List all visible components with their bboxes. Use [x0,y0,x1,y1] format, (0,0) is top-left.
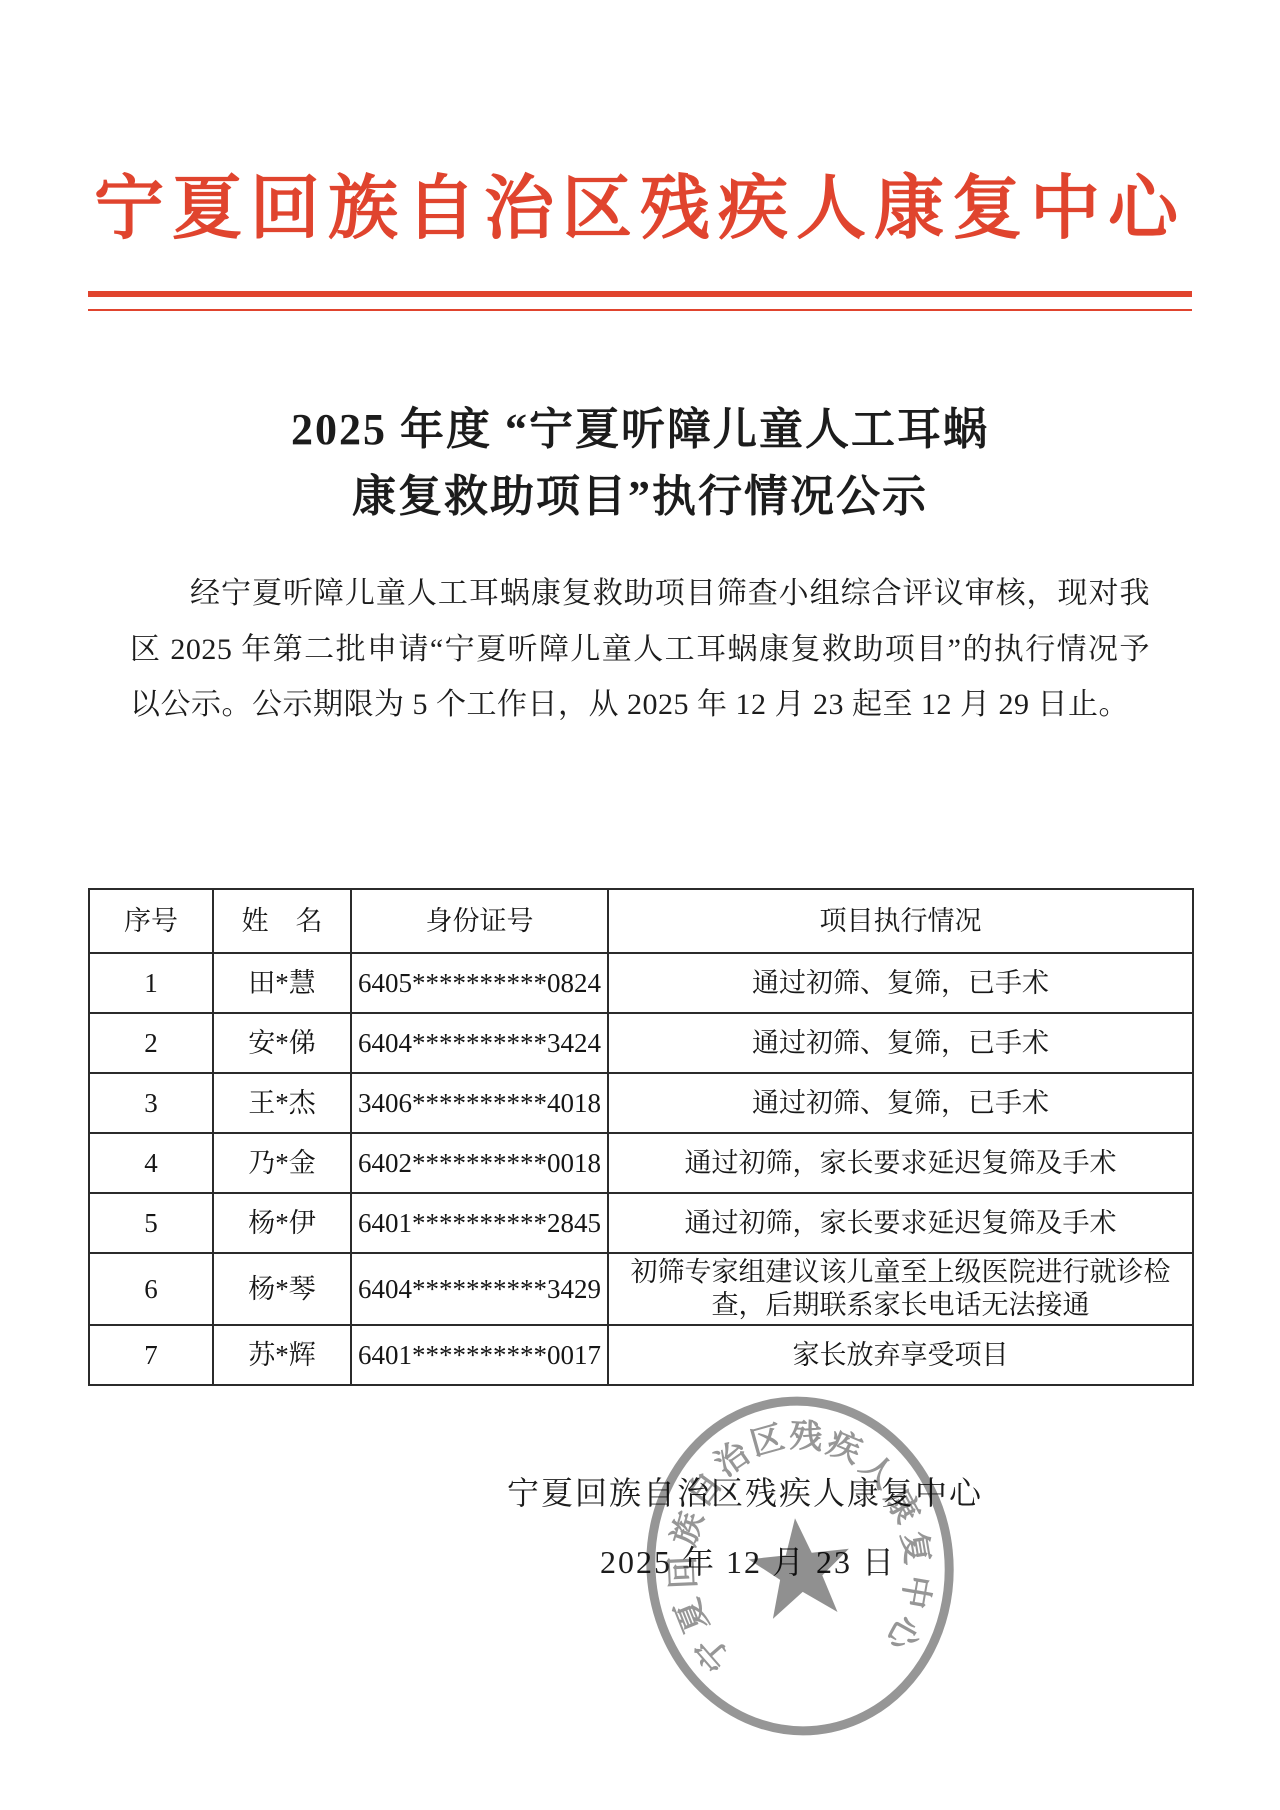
seal-ring-char: 回 [665,1555,703,1590]
cell-id: 6405**********0824 [351,953,608,1013]
seal-ring-char: 族 [666,1508,711,1550]
announcement-title-line1: 2025 年度 “宁夏听障儿童人工耳蜗 [0,396,1280,463]
announcement-title-line2: 康复救助项目”执行情况公示 [0,463,1280,530]
column-header-id: 身份证号 [351,889,608,953]
table-row: 4乃*金6402**********0018通过初筛，家长要求延迟复筛及手术 [89,1133,1193,1193]
cell-id: 6404**********3424 [351,1013,608,1073]
cell-status: 初筛专家组建议该儿童至上级医院进行就诊检查，后期联系家长电话无法接通 [608,1253,1193,1325]
letterhead-org-title: 宁夏回族自治区残疾人康复中心 [0,160,1280,260]
column-header-index: 序号 [89,889,213,953]
table-row: 2安*俤6404**********3424通过初筛、复筛，已手术 [89,1013,1193,1073]
announcement-title: 2025 年度 “宁夏听障儿童人工耳蜗 康复救助项目”执行情况公示 [0,396,1280,530]
table-row: 3王*杰3406**********4018通过初筛、复筛，已手术 [89,1073,1193,1133]
table-row: 5杨*伊6401**********2845通过初筛，家长要求延迟复筛及手术 [89,1193,1193,1253]
cell-id: 6401**********0017 [351,1325,608,1385]
seal-ring-char: 人 [853,1448,902,1497]
seal-ring-char: 疾 [822,1424,867,1471]
cell-status: 通过初筛，家长要求延迟复筛及手术 [608,1133,1193,1193]
seal-ring-char: 区 [747,1420,788,1464]
table-row: 1田*慧6405**********0824通过初筛、复筛，已手术 [89,953,1193,1013]
cell-status: 通过初筛、复筛，已手术 [608,953,1193,1013]
letterhead-rule-thin [88,309,1192,311]
document-page: 宁夏回族自治区残疾人康复中心 2025 年度 “宁夏听障儿童人工耳蜗 康复救助项… [0,0,1280,1810]
official-round-seal: 宁夏回族自治区残疾人康复中心 [610,1365,991,1767]
column-header-name: 姓 名 [213,889,351,953]
seal-ring-char: 心 [878,1610,927,1659]
table-row: 6杨*琴6404**********3429初筛专家组建议该儿童至上级医院进行就… [89,1253,1193,1325]
cell-index: 4 [89,1133,213,1193]
cell-name: 安*俤 [213,1013,351,1073]
cell-status: 通过初筛、复筛，已手术 [608,1073,1193,1133]
seal-ring-char: 残 [788,1417,823,1456]
cell-index: 2 [89,1013,213,1073]
table-body: 1田*慧6405**********0824通过初筛、复筛，已手术2安*俤640… [89,953,1193,1385]
cell-name: 杨*琴 [213,1253,351,1325]
cell-status: 通过初筛、复筛，已手术 [608,1013,1193,1073]
seal-ring-char: 复 [894,1529,936,1568]
cell-index: 3 [89,1073,213,1133]
seal-ring-char: 中 [894,1572,936,1611]
seal-ring-char: 康 [878,1483,927,1530]
seal-ring-char: 宁 [688,1628,738,1677]
letterhead-rule-thick [88,291,1192,297]
execution-status-table: 序号 姓 名 身份证号 项目执行情况 1田*慧6405**********082… [88,888,1194,1386]
column-header-status: 项目执行情况 [608,889,1193,953]
cell-name: 王*杰 [213,1073,351,1133]
seal-ring-char: 夏 [669,1593,716,1637]
star-icon [745,1513,855,1621]
cell-name: 乃*金 [213,1133,351,1193]
cell-index: 1 [89,953,213,1013]
cell-status: 通过初筛，家长要求延迟复筛及手术 [608,1193,1193,1253]
cell-index: 5 [89,1193,213,1253]
cell-index: 6 [89,1253,213,1325]
cell-id: 6402**********0018 [351,1133,608,1193]
cell-name: 苏*辉 [213,1325,351,1385]
cell-index: 7 [89,1325,213,1385]
cell-id: 6401**********2845 [351,1193,608,1253]
announcement-body-paragraph: 经宁夏听障儿童人工耳蜗康复救助项目筛查小组综合评议审核，现对我区 2025 年第… [130,566,1150,733]
cell-id: 6404**********3429 [351,1253,608,1325]
cell-id: 3406**********4018 [351,1073,608,1133]
cell-name: 杨*伊 [213,1193,351,1253]
table-header-row: 序号 姓 名 身份证号 项目执行情况 [89,889,1193,953]
cell-name: 田*慧 [213,953,351,1013]
table-row: 7苏*辉6401**********0017家长放弃享受项目 [89,1325,1193,1385]
